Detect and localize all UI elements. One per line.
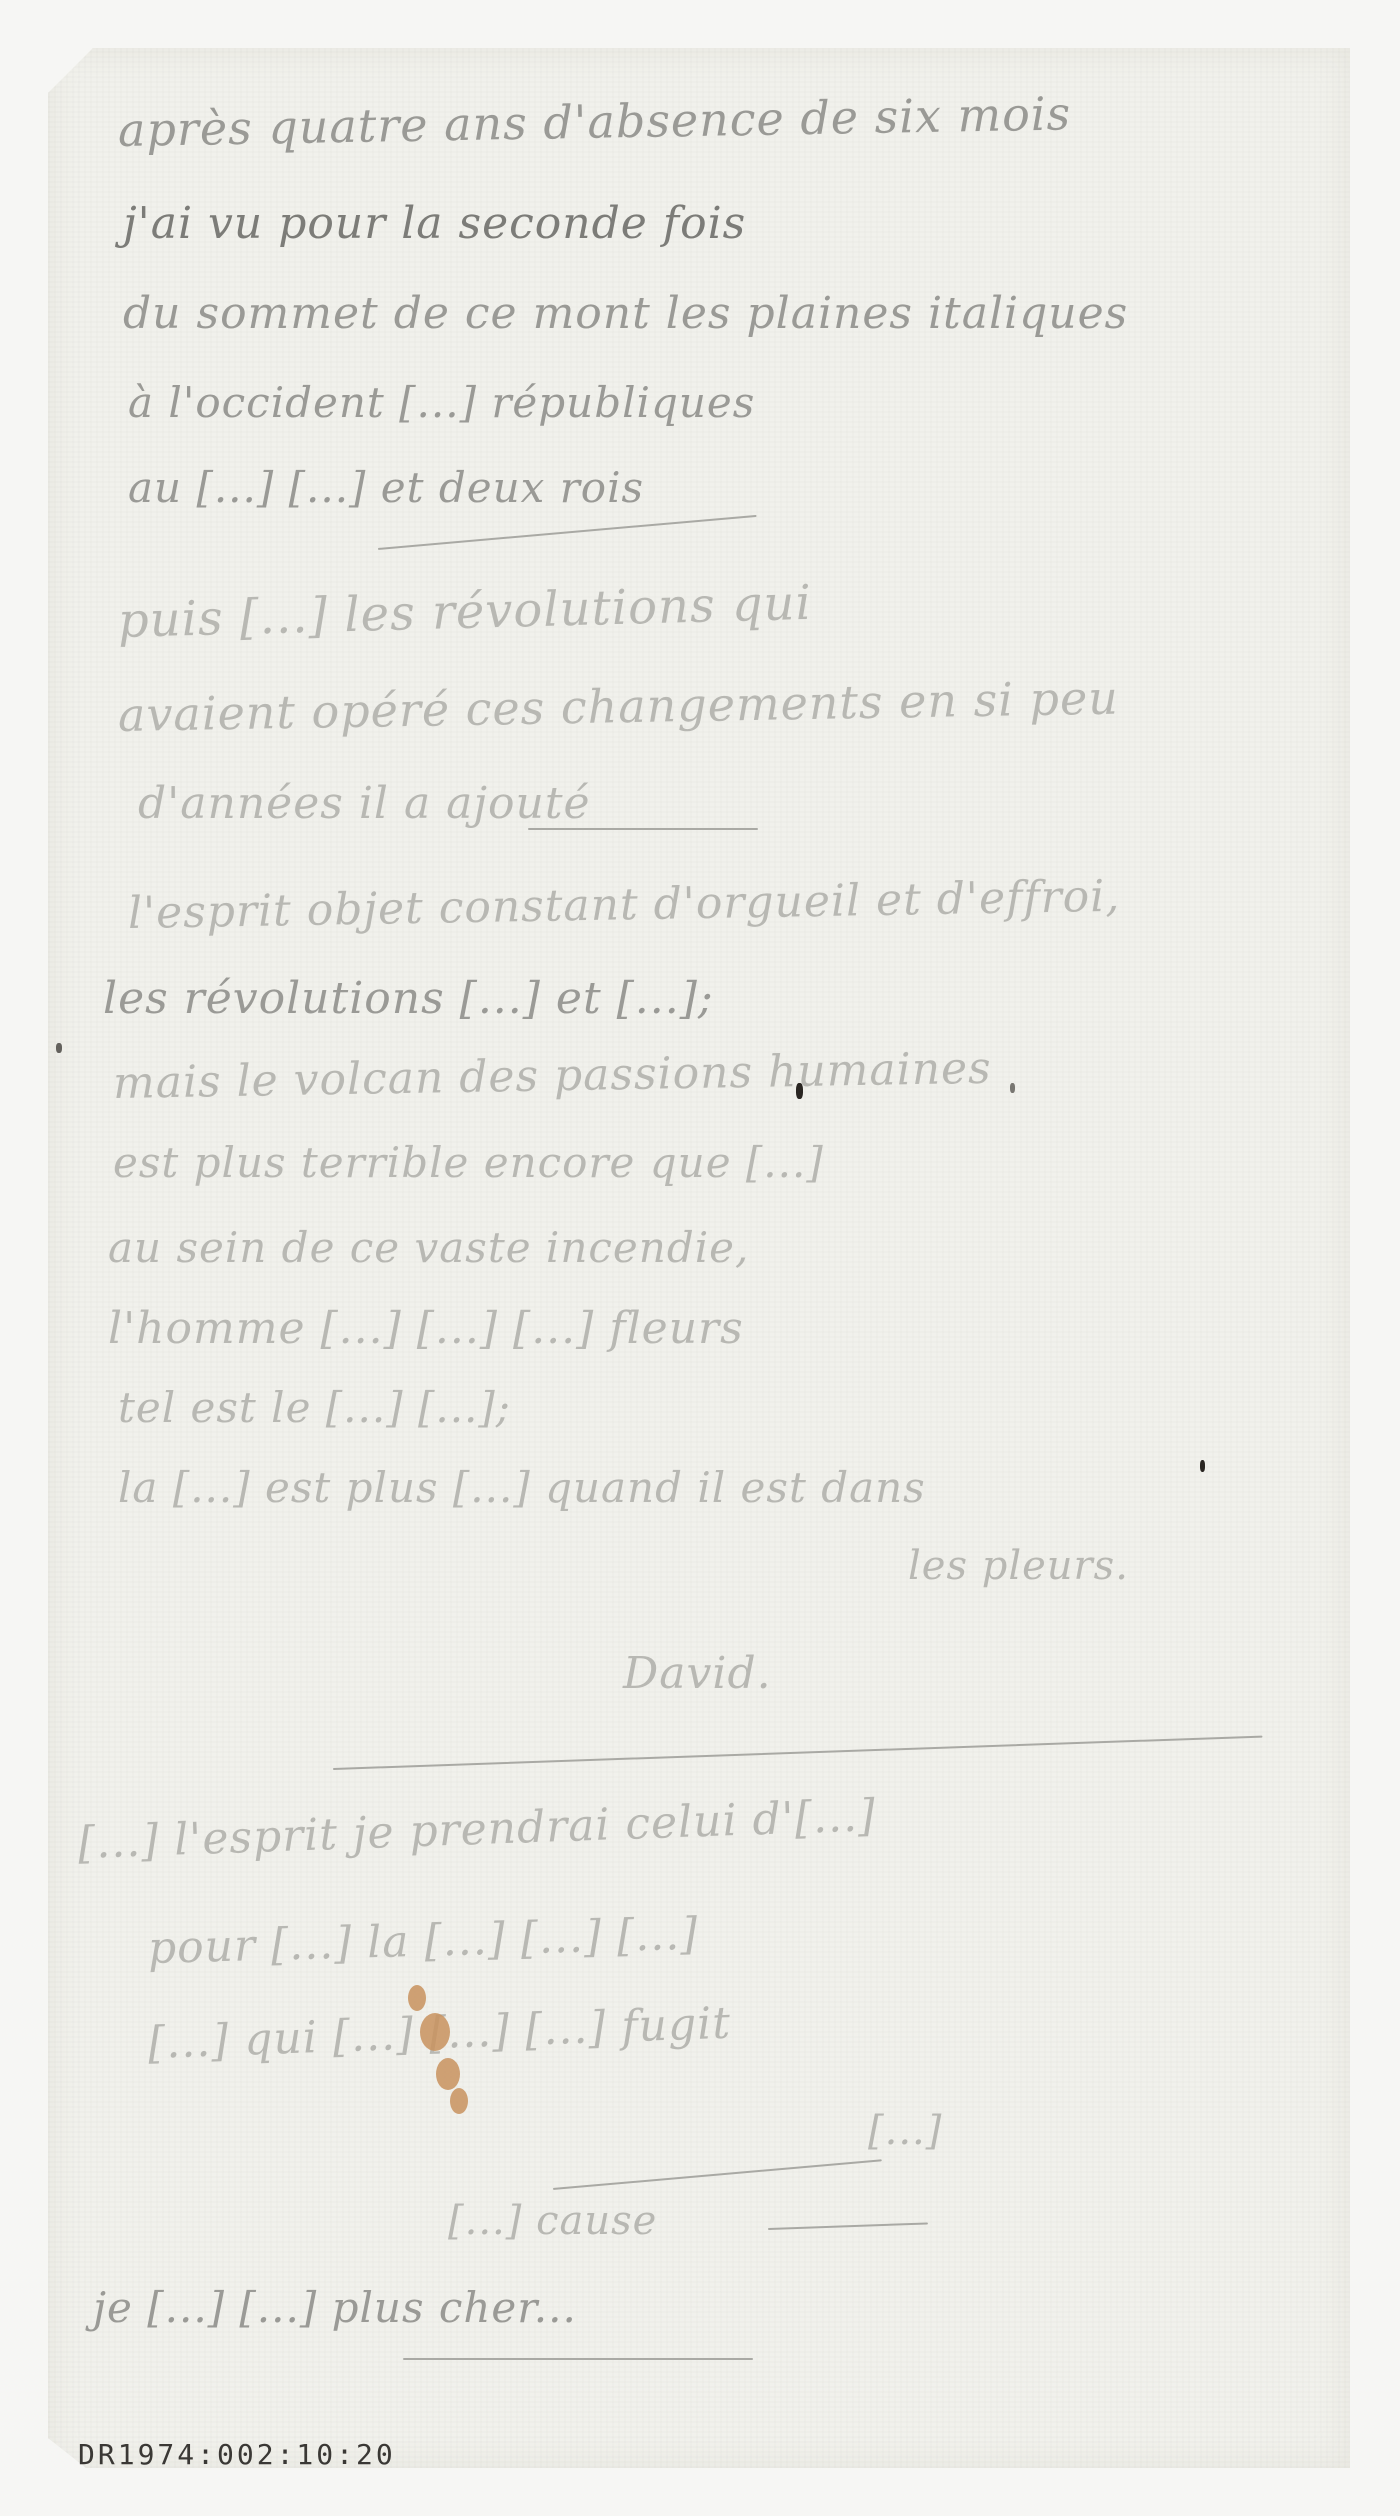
brown-stain bbox=[436, 2058, 460, 2090]
manuscript-line-12: est plus terrible encore que [...] bbox=[113, 1138, 824, 1187]
manuscript-line-24: je [...] [...] plus cher... bbox=[93, 2283, 577, 2332]
manuscript-line-13: au sein de ce vaste incendie, bbox=[108, 1223, 749, 1272]
underline-signature bbox=[333, 1736, 1263, 1770]
manuscript-line-16: la [...] est plus [...] quand il est dan… bbox=[118, 1463, 926, 1512]
manuscript-sheet: après quatre ans d'absence de six mois j… bbox=[48, 48, 1350, 2468]
underline-4 bbox=[768, 2222, 928, 2230]
ink-speck bbox=[56, 1043, 62, 1053]
manuscript-line-9: l'esprit objet constant d'orgueil et d'e… bbox=[128, 871, 1121, 939]
manuscript-line-19: [...] l'esprit je prendrai celui d'[...] bbox=[77, 1790, 877, 1869]
manuscript-line-1: après quatre ans d'absence de six mois bbox=[118, 86, 1072, 157]
brown-stain bbox=[450, 2088, 468, 2114]
underline-2 bbox=[528, 828, 758, 830]
ink-speck bbox=[1010, 1083, 1015, 1093]
manuscript-line-17: les pleurs. bbox=[908, 1543, 1129, 1589]
brown-stain bbox=[408, 1985, 426, 2011]
manuscript-line-6: puis [...] les révolutions qui bbox=[117, 575, 812, 649]
accession-number: DR1974:002:10:20 bbox=[78, 2438, 396, 2471]
manuscript-line-15: tel est le [...] [...]; bbox=[118, 1383, 511, 1432]
manuscript-line-3: du sommet de ce mont les plaines italiqu… bbox=[123, 288, 1128, 339]
brown-stain bbox=[420, 2013, 450, 2051]
manuscript-line-22: [...] bbox=[868, 2108, 942, 2154]
manuscript-line-8: d'années il a ajouté bbox=[138, 778, 591, 829]
manuscript-line-23: [...] cause bbox=[448, 2198, 657, 2244]
ink-speck bbox=[1200, 1460, 1205, 1472]
manuscript-line-5: au [...] [...] et deux rois bbox=[128, 463, 644, 512]
manuscript-line-2: j'ai vu pour la seconde fois bbox=[123, 198, 746, 249]
ink-speck bbox=[796, 1083, 803, 1099]
manuscript-line-7: avaient opéré ces changements en si peu bbox=[118, 671, 1120, 742]
manuscript-line-10: les révolutions [...] et [...]; bbox=[103, 973, 714, 1024]
underline-1 bbox=[378, 515, 757, 550]
underline-3 bbox=[553, 2159, 882, 2190]
signature: David. bbox=[623, 1648, 772, 1699]
manuscript-line-11: mais le volcan des passions humaines bbox=[113, 1043, 993, 1109]
manuscript-line-4: à l'occident [...] républiques bbox=[128, 378, 755, 427]
underline-5 bbox=[403, 2358, 753, 2360]
manuscript-line-20: pour [...] la [...] [...] [...] bbox=[147, 1909, 699, 1974]
manuscript-line-14: l'homme [...] [...] [...] fleurs bbox=[108, 1303, 744, 1354]
